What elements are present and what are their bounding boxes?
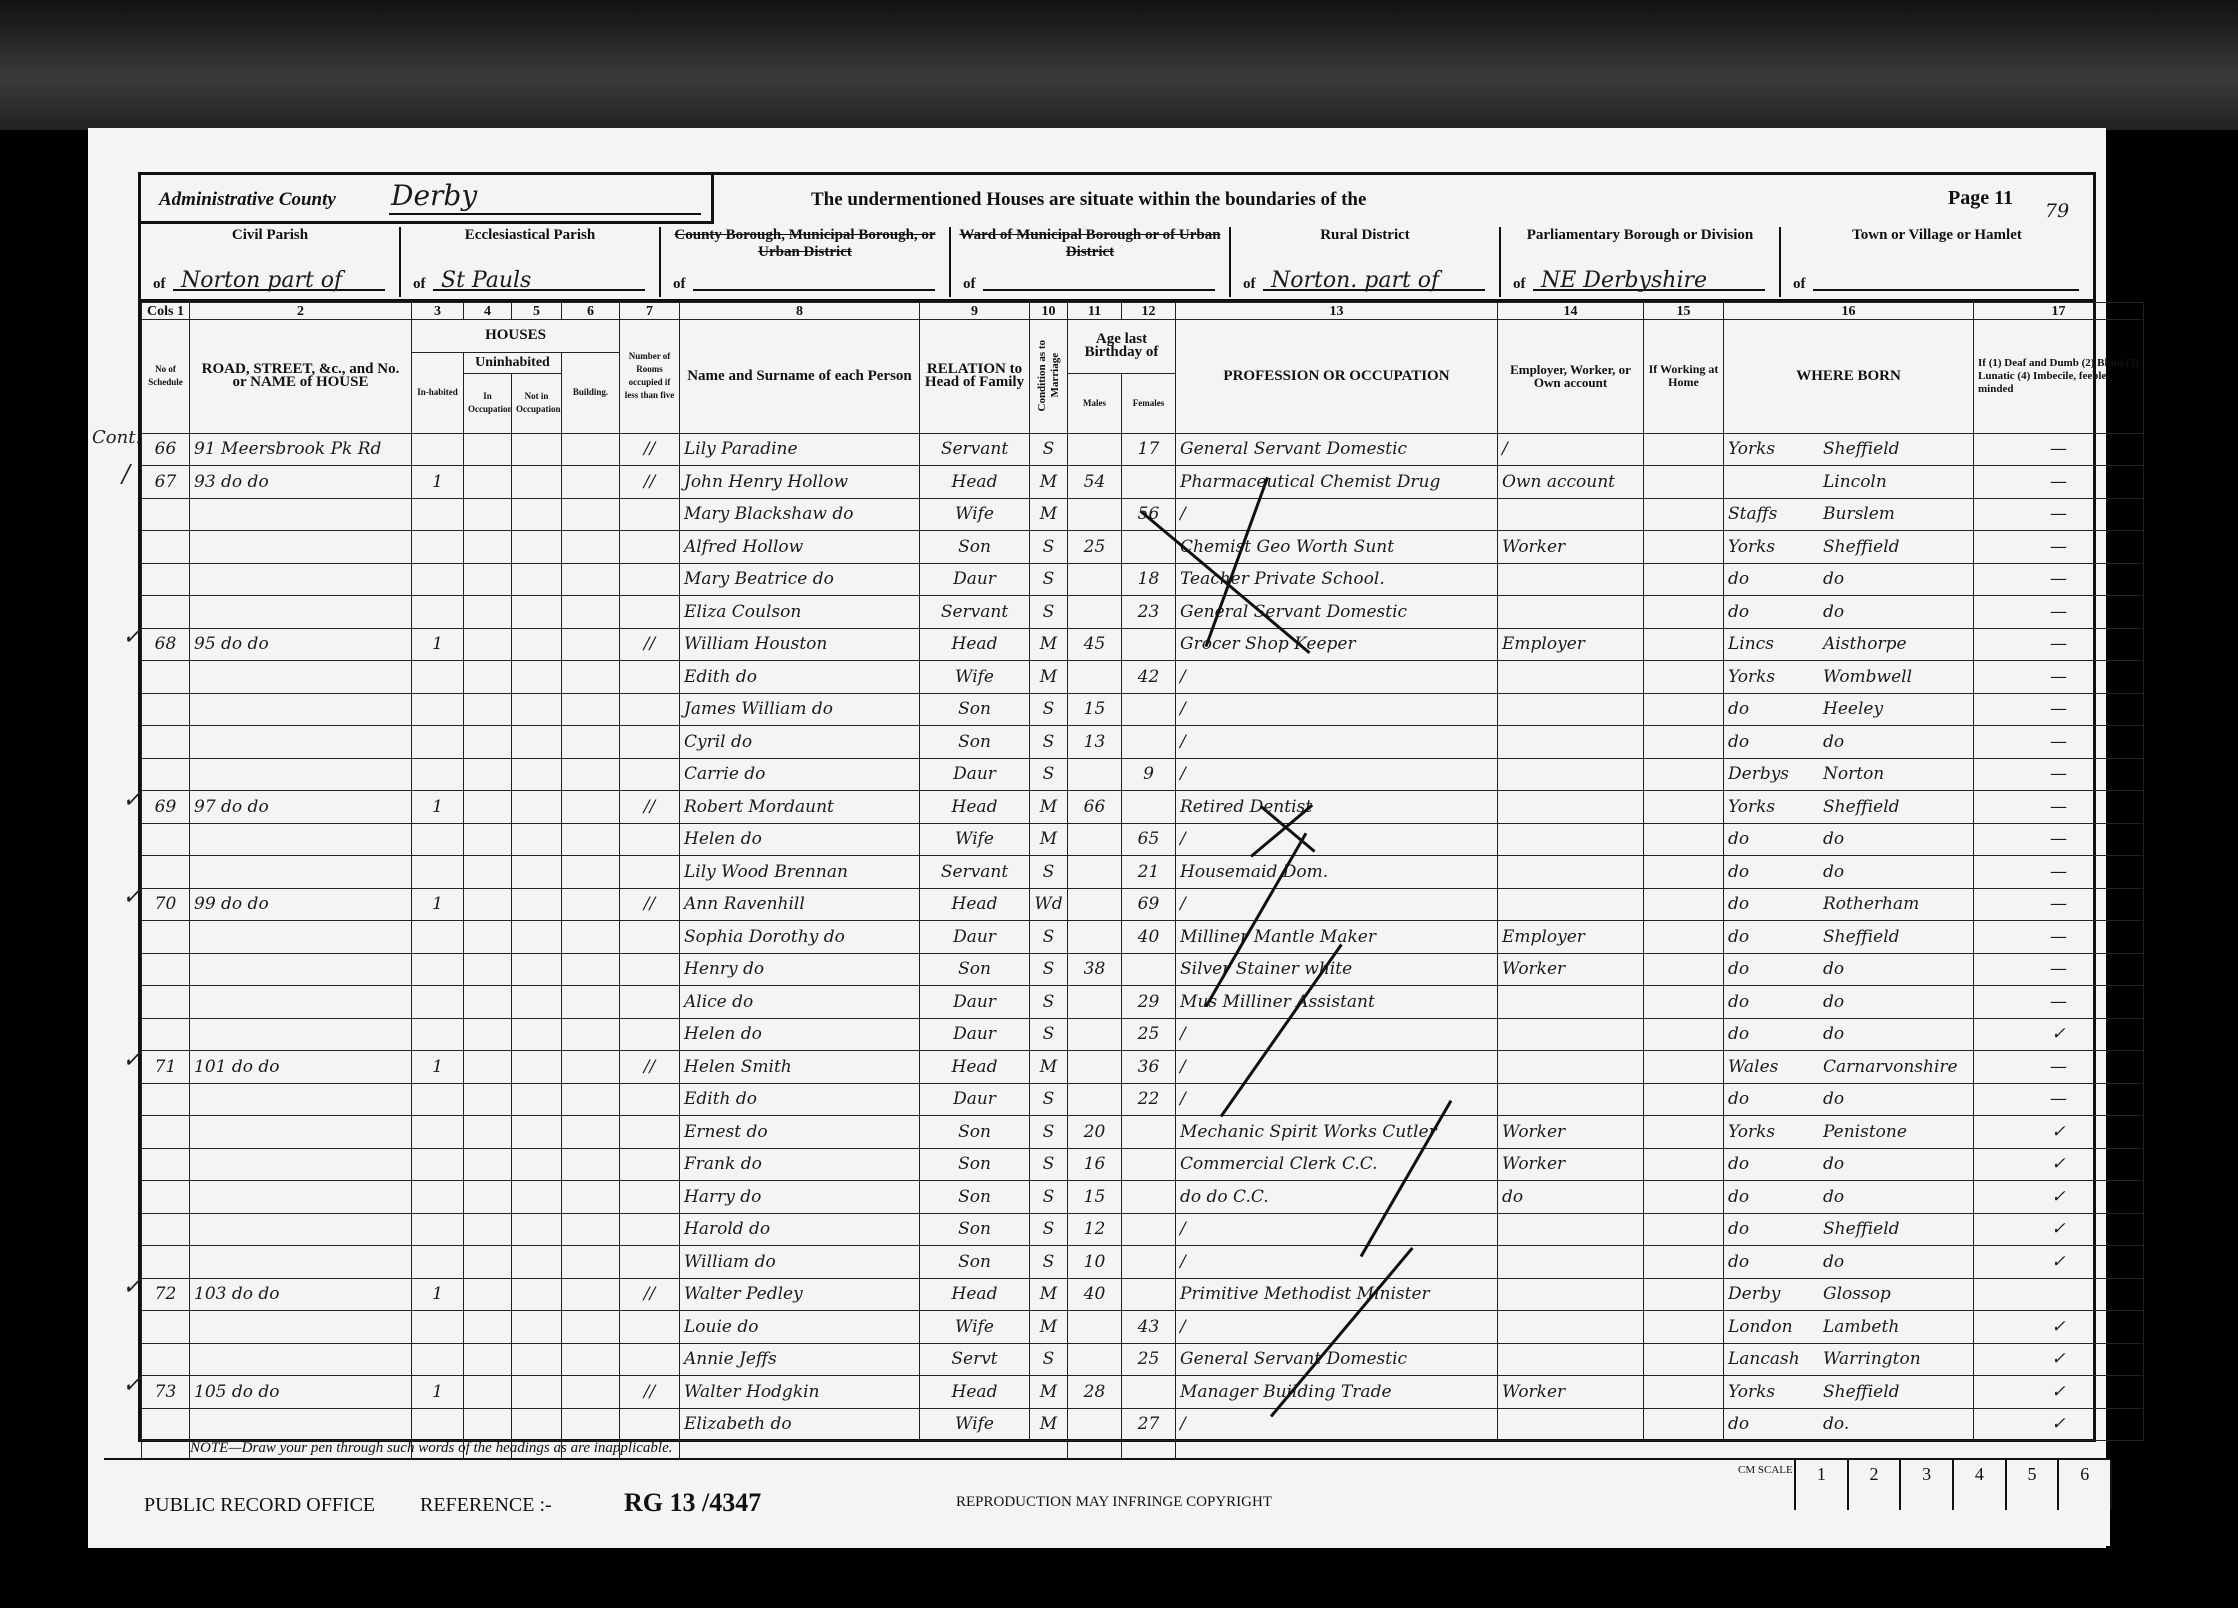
empty-cell xyxy=(562,1343,620,1376)
condition-cell: S xyxy=(1030,953,1068,986)
female-age-cell: 23 xyxy=(1122,596,1176,629)
boundary-field: Town or Village or Hamletof xyxy=(1781,227,2093,297)
infirmity-cell: ✓ xyxy=(1974,1246,2144,1279)
condition-cell: S xyxy=(1030,1018,1068,1051)
male-age-cell xyxy=(1068,986,1122,1019)
empty-cell xyxy=(562,531,620,564)
table-row: James William doSonS15/doHeeley— xyxy=(142,693,2144,726)
empty-cell xyxy=(1644,1278,1724,1311)
name-header: Name and Surname of each Person xyxy=(680,320,920,434)
empty-cell xyxy=(1644,563,1724,596)
boundary-value: Norton part of xyxy=(181,268,342,293)
table-row: Frank doSonS16Commercial Clerk C.C.Worke… xyxy=(142,1148,2144,1181)
empty-cell xyxy=(512,433,562,466)
empty-cell xyxy=(562,1213,620,1246)
rooms-cell xyxy=(620,823,680,856)
column-number: 2 xyxy=(190,303,412,320)
empty-cell xyxy=(1644,823,1724,856)
in-occupation-header: In Occupation. xyxy=(464,373,512,433)
name-cell: Robert Mordaunt xyxy=(680,791,920,824)
inhabited-cell xyxy=(412,433,464,466)
male-age-cell xyxy=(1068,1343,1122,1376)
boundary-of: of xyxy=(1793,276,1806,293)
occupation-cell: Housemaid Dom. xyxy=(1176,856,1498,889)
empty-cell xyxy=(512,986,562,1019)
relation-cell: Servant xyxy=(920,433,1030,466)
table-row: Eliza CoulsonServantS23General Servant D… xyxy=(142,596,2144,629)
relation-cell: Son xyxy=(920,953,1030,986)
address-cell xyxy=(190,823,412,856)
empty-cell xyxy=(1644,1343,1724,1376)
column-number: 3 xyxy=(412,303,464,320)
infirmity-cell: ✓ xyxy=(1974,1181,2144,1214)
column-number: 5 xyxy=(512,303,562,320)
females-header: Females xyxy=(1122,373,1176,433)
name-cell: Walter Pedley xyxy=(680,1278,920,1311)
empty-cell xyxy=(512,1116,562,1149)
empty-cell xyxy=(464,628,512,661)
empty-cell xyxy=(512,1376,562,1409)
rooms-cell: // xyxy=(620,466,680,499)
employer-cell xyxy=(1498,791,1644,824)
male-age-cell: 38 xyxy=(1068,953,1122,986)
name-cell: Louie do xyxy=(680,1311,920,1344)
male-age-cell: 28 xyxy=(1068,1376,1122,1409)
schedule-cell xyxy=(142,823,190,856)
scale-mark: 3 xyxy=(1901,1460,1954,1510)
inhabited-cell xyxy=(412,596,464,629)
empty-cell xyxy=(1644,1051,1724,1084)
inhabited-cell xyxy=(412,1246,464,1279)
rooms-cell: // xyxy=(620,628,680,661)
table-row: Sophia Dorothy doDaurS40Milliner Mantle … xyxy=(142,921,2144,954)
condition-cell: S xyxy=(1030,1116,1068,1149)
boundary-value: NE Derbyshire xyxy=(1541,268,1707,293)
empty-cell xyxy=(464,1148,512,1181)
where-born-cell: doSheffield xyxy=(1724,1213,1974,1246)
empty-cell xyxy=(512,1278,562,1311)
houses-header: HOUSES xyxy=(412,320,620,353)
address-cell xyxy=(190,856,412,889)
schedule-cell xyxy=(142,1311,190,1344)
male-age-cell xyxy=(1068,823,1122,856)
inhabited-cell xyxy=(412,1311,464,1344)
condition-cell: S xyxy=(1030,921,1068,954)
address-cell xyxy=(190,726,412,759)
census-table: Cols 1234567891011121314151617 No of Sch… xyxy=(141,302,2144,1501)
empty-cell xyxy=(1644,1018,1724,1051)
empty-cell xyxy=(512,693,562,726)
relation-cell: Daur xyxy=(920,563,1030,596)
empty-cell xyxy=(464,661,512,694)
infirmity-cell: ✓ xyxy=(1974,1148,2144,1181)
condition-cell: M xyxy=(1030,791,1068,824)
empty-cell xyxy=(1644,466,1724,499)
schedule-cell xyxy=(142,1116,190,1149)
empty-cell xyxy=(512,563,562,596)
margin-check-mark: ✓ xyxy=(122,1272,142,1300)
table-row: 6691 Meersbrook Pk Rd//Lily ParadineServ… xyxy=(142,433,2144,466)
occupation-cell: Grocer Shop Keeper xyxy=(1176,628,1498,661)
empty-cell xyxy=(464,758,512,791)
rooms-cell xyxy=(620,856,680,889)
boundary-title: Ward of Municipal Borough or of Urban Di… xyxy=(951,227,1229,261)
male-age-cell: 16 xyxy=(1068,1148,1122,1181)
employer-cell xyxy=(1498,726,1644,759)
address-cell xyxy=(190,1311,412,1344)
condition-cell: M xyxy=(1030,1376,1068,1409)
relation-cell: Servant xyxy=(920,856,1030,889)
inhabited-cell xyxy=(412,1083,464,1116)
empty-cell xyxy=(512,791,562,824)
empty-cell xyxy=(464,1116,512,1149)
condition-cell: M xyxy=(1030,498,1068,531)
empty-cell xyxy=(512,1051,562,1084)
condition-cell: S xyxy=(1030,1148,1068,1181)
table-row: 6793 do do1//John Henry HollowHeadM54Pha… xyxy=(142,466,2144,499)
address-cell: 99 do do xyxy=(190,888,412,921)
inhabited-cell xyxy=(412,856,464,889)
employer-cell xyxy=(1498,498,1644,531)
empty-cell xyxy=(464,1018,512,1051)
table-row: 6895 do do1//William HoustonHeadM45Groce… xyxy=(142,628,2144,661)
name-cell: Alice do xyxy=(680,986,920,1019)
relation-cell: Son xyxy=(920,1116,1030,1149)
address-cell: 93 do do xyxy=(190,466,412,499)
empty-cell xyxy=(512,466,562,499)
relation-cell: Son xyxy=(920,1181,1030,1214)
address-cell xyxy=(190,498,412,531)
name-cell: Walter Hodgkin xyxy=(680,1376,920,1409)
empty-cell xyxy=(464,498,512,531)
empty-cell xyxy=(464,1181,512,1214)
condition-cell: S xyxy=(1030,1343,1068,1376)
occupation-cell: / xyxy=(1176,661,1498,694)
condition-cell: S xyxy=(1030,531,1068,564)
employer-cell: Worker xyxy=(1498,1148,1644,1181)
schedule-cell xyxy=(142,1343,190,1376)
female-age-cell xyxy=(1122,628,1176,661)
female-age-cell xyxy=(1122,1246,1176,1279)
table-row: Henry doSonS38Silver Stainer whiteWorker… xyxy=(142,953,2144,986)
empty-cell xyxy=(464,1246,512,1279)
schedule-cell xyxy=(142,1083,190,1116)
uninhabited-header: Uninhabited xyxy=(464,352,562,373)
name-cell: Ann Ravenhill xyxy=(680,888,920,921)
schedule-cell: 71 xyxy=(142,1051,190,1084)
working-home-header: If Working at Home xyxy=(1644,320,1724,434)
address-cell: 97 do do xyxy=(190,791,412,824)
condition-cell: Wd xyxy=(1030,888,1068,921)
empty-cell xyxy=(562,888,620,921)
empty-cell xyxy=(512,1408,562,1441)
relation-cell: Servt xyxy=(920,1343,1030,1376)
where-born-cell: dodo xyxy=(1724,856,1974,889)
empty-cell xyxy=(464,791,512,824)
rooms-cell: // xyxy=(620,791,680,824)
name-cell: Edith do xyxy=(680,1083,920,1116)
female-age-cell xyxy=(1122,693,1176,726)
rooms-header: Number of Rooms occupied if less than fi… xyxy=(620,320,680,434)
condition-cell: M xyxy=(1030,1408,1068,1441)
rooms-cell: // xyxy=(620,1278,680,1311)
empty-cell xyxy=(464,433,512,466)
address-cell xyxy=(190,953,412,986)
empty-cell xyxy=(1644,1181,1724,1214)
rooms-cell: // xyxy=(620,1376,680,1409)
occupation-cell: / xyxy=(1176,1408,1498,1441)
infirmity-cell: — xyxy=(1974,823,2144,856)
column-headers: No of Schedule ROAD, STREET, &c., and No… xyxy=(142,320,2144,353)
relation-cell: Daur xyxy=(920,758,1030,791)
empty-cell xyxy=(1644,986,1724,1019)
female-age-cell xyxy=(1122,1213,1176,1246)
boundary-title: Rural District xyxy=(1231,227,1499,244)
empty-cell xyxy=(512,1213,562,1246)
inhabited-cell: 1 xyxy=(412,1278,464,1311)
margin-check-mark: Cont. xyxy=(92,427,141,448)
empty-cell xyxy=(562,823,620,856)
schedule-cell xyxy=(142,563,190,596)
empty-cell xyxy=(512,758,562,791)
occupation-cell: / xyxy=(1176,1246,1498,1279)
empty-cell xyxy=(1644,596,1724,629)
schedule-header: No of Schedule xyxy=(142,320,190,434)
empty-cell xyxy=(1644,661,1724,694)
reference-number: RG 13 /4347 xyxy=(624,1488,761,1518)
empty-cell xyxy=(464,1343,512,1376)
table-row: Mary Beatrice doDaurS18Teacher Private S… xyxy=(142,563,2144,596)
where-born-cell: YorksSheffield xyxy=(1724,531,1974,564)
census-form: Administrative County Derby The undermen… xyxy=(138,172,2096,1442)
address-cell xyxy=(190,596,412,629)
relation-cell: Wife xyxy=(920,1311,1030,1344)
name-cell: Ernest do xyxy=(680,1116,920,1149)
boundary-field: Ecclesiastical ParishofSt Pauls xyxy=(401,227,661,297)
empty-cell xyxy=(464,823,512,856)
address-cell xyxy=(190,693,412,726)
condition-cell: M xyxy=(1030,1278,1068,1311)
relation-cell: Head xyxy=(920,628,1030,661)
empty-cell xyxy=(562,953,620,986)
empty-cell xyxy=(464,921,512,954)
infirmity-cell: — xyxy=(1974,596,2144,629)
males-header: Males xyxy=(1068,373,1122,433)
female-age-cell xyxy=(1122,466,1176,499)
employer-cell xyxy=(1498,1278,1644,1311)
table-row: Helen doDaurS25/dodo✓ xyxy=(142,1018,2144,1051)
female-age-cell: 40 xyxy=(1122,921,1176,954)
female-age-cell xyxy=(1122,1148,1176,1181)
empty-cell xyxy=(464,1083,512,1116)
empty-cell xyxy=(562,1116,620,1149)
rooms-cell xyxy=(620,563,680,596)
female-age-cell xyxy=(1122,791,1176,824)
female-age-cell: 42 xyxy=(1122,661,1176,694)
schedule-cell xyxy=(142,1213,190,1246)
where-born-cell: LondonLambeth xyxy=(1724,1311,1974,1344)
employer-cell xyxy=(1498,1018,1644,1051)
inhabited-cell xyxy=(412,1018,464,1051)
where-born-cell: dodo xyxy=(1724,953,1974,986)
male-age-cell xyxy=(1068,1408,1122,1441)
female-age-cell: 36 xyxy=(1122,1051,1176,1084)
name-cell: Mary Blackshaw do xyxy=(680,498,920,531)
address-cell: 101 do do xyxy=(190,1051,412,1084)
employer-cell xyxy=(1498,986,1644,1019)
rooms-cell xyxy=(620,693,680,726)
relation-cell: Wife xyxy=(920,823,1030,856)
occupation-cell: Chemist Geo Worth Sunt xyxy=(1176,531,1498,564)
empty-cell xyxy=(562,628,620,661)
male-age-cell xyxy=(1068,888,1122,921)
boundary-title: Ecclesiastical Parish xyxy=(401,227,659,244)
boundary-field: Ward of Municipal Borough or of Urban Di… xyxy=(951,227,1231,297)
empty-cell xyxy=(464,1213,512,1246)
address-cell xyxy=(190,1116,412,1149)
name-cell: Cyril do xyxy=(680,726,920,759)
admin-county-label: Administrative County xyxy=(159,189,336,211)
name-cell: Harry do xyxy=(680,1181,920,1214)
page-number: Page 11 xyxy=(1948,187,2013,210)
column-number: 7 xyxy=(620,303,680,320)
where-born-cell: YorksSheffield xyxy=(1724,1376,1974,1409)
female-age-cell: 22 xyxy=(1122,1083,1176,1116)
name-cell: Annie Jeffs xyxy=(680,1343,920,1376)
rooms-cell xyxy=(620,1311,680,1344)
empty-cell xyxy=(464,531,512,564)
empty-cell xyxy=(562,1148,620,1181)
schedule-cell: 67 xyxy=(142,466,190,499)
infirmity-header: If (1) Deaf and Dumb (2) Blind (3) Lunat… xyxy=(1974,320,2144,434)
relation-cell: Wife xyxy=(920,661,1030,694)
name-cell: James William do xyxy=(680,693,920,726)
female-age-cell xyxy=(1122,1376,1176,1409)
address-cell: 91 Meersbrook Pk Rd xyxy=(190,433,412,466)
column-number: 15 xyxy=(1644,303,1724,320)
schedule-cell: 68 xyxy=(142,628,190,661)
column-number: 13 xyxy=(1176,303,1498,320)
where-born-cell: dodo xyxy=(1724,726,1974,759)
table-row: Elizabeth doWifeM27/dodo.✓ xyxy=(142,1408,2144,1441)
empty-cell xyxy=(562,758,620,791)
condition-cell: S xyxy=(1030,1083,1068,1116)
schedule-cell xyxy=(142,498,190,531)
admin-county-value: Derby xyxy=(391,179,477,212)
empty-cell xyxy=(562,498,620,531)
empty-cell xyxy=(512,628,562,661)
employer-cell xyxy=(1498,1213,1644,1246)
rooms-cell xyxy=(620,1343,680,1376)
relation-cell: Daur xyxy=(920,921,1030,954)
relation-cell: Son xyxy=(920,1148,1030,1181)
margin-check-mark: ✓ xyxy=(122,622,142,650)
condition-cell: M xyxy=(1030,1051,1068,1084)
boundary-title: Town or Village or Hamlet xyxy=(1781,227,2093,244)
employer-cell: Employer xyxy=(1498,921,1644,954)
relation-cell: Head xyxy=(920,888,1030,921)
empty-cell xyxy=(562,856,620,889)
relation-cell: Wife xyxy=(920,498,1030,531)
inhabited-cell xyxy=(412,921,464,954)
where-born-cell: YorksPenistone xyxy=(1724,1116,1974,1149)
margin-check-mark: ✓ xyxy=(122,1045,142,1073)
empty-cell xyxy=(464,1311,512,1344)
schedule-cell: 66 xyxy=(142,433,190,466)
schedule-cell xyxy=(142,1181,190,1214)
table-row: 6997 do do1//Robert MordauntHeadM66Retir… xyxy=(142,791,2144,824)
boundary-of: of xyxy=(1243,276,1256,293)
empty-cell xyxy=(1644,1376,1724,1409)
where-born-cell: LincsAisthorpe xyxy=(1724,628,1974,661)
male-age-cell xyxy=(1068,661,1122,694)
inhabited-cell xyxy=(412,1181,464,1214)
copyright-notice: REPRODUCTION MAY INFRINGE COPYRIGHT xyxy=(956,1494,1272,1511)
occupation-cell: Retired Dentist xyxy=(1176,791,1498,824)
empty-cell xyxy=(1644,1083,1724,1116)
condition-cell: M xyxy=(1030,466,1068,499)
table-row: Louie doWifeM43/LondonLambeth✓ xyxy=(142,1311,2144,1344)
road-header: ROAD, STREET, &c., and No. or NAME of HO… xyxy=(190,320,412,434)
empty-cell xyxy=(1644,726,1724,759)
empty-cell xyxy=(1644,498,1724,531)
empty-cell xyxy=(1644,1148,1724,1181)
margin-check-mark: ✓ xyxy=(122,1370,142,1398)
employer-cell: Worker xyxy=(1498,1116,1644,1149)
inhabited-cell xyxy=(412,661,464,694)
scale-mark: 5 xyxy=(2007,1460,2060,1510)
relation-cell: Head xyxy=(920,791,1030,824)
table-row: Alfred HollowSonS25Chemist Geo Worth Sun… xyxy=(142,531,2144,564)
column-number: 9 xyxy=(920,303,1030,320)
boundary-field: County Borough, Municipal Borough, or Ur… xyxy=(661,227,951,297)
column-number: 4 xyxy=(464,303,512,320)
empty-cell xyxy=(464,726,512,759)
scale-mark: 4 xyxy=(1954,1460,2007,1510)
empty-cell xyxy=(562,563,620,596)
boundary-field: Parliamentary Borough or DivisionofNE De… xyxy=(1501,227,1781,297)
schedule-cell: 70 xyxy=(142,888,190,921)
where-born-header: WHERE BORN xyxy=(1724,320,1974,434)
male-age-cell xyxy=(1068,563,1122,596)
address-cell xyxy=(190,1246,412,1279)
infirmity-cell: — xyxy=(1974,531,2144,564)
infirmity-cell: — xyxy=(1974,791,2144,824)
employer-cell: Worker xyxy=(1498,531,1644,564)
condition-cell: S xyxy=(1030,726,1068,759)
empty-cell xyxy=(512,1083,562,1116)
reference-label: REFERENCE :- xyxy=(420,1494,552,1517)
address-cell xyxy=(190,1083,412,1116)
scale-mark: 1 xyxy=(1796,1460,1849,1510)
table-row: Lily Wood BrennanServantS21Housemaid Dom… xyxy=(142,856,2144,889)
address-cell xyxy=(190,531,412,564)
male-age-cell xyxy=(1068,1311,1122,1344)
condition-cell: M xyxy=(1030,661,1068,694)
schedule-cell xyxy=(142,758,190,791)
female-age-cell: 27 xyxy=(1122,1408,1176,1441)
empty-cell xyxy=(562,1051,620,1084)
name-cell: John Henry Hollow xyxy=(680,466,920,499)
infirmity-cell: ✓ xyxy=(1974,1116,2144,1149)
schedule-cell xyxy=(142,693,190,726)
occupation-cell: / xyxy=(1176,498,1498,531)
occupation-cell: General Servant Domestic xyxy=(1176,1343,1498,1376)
name-cell: William do xyxy=(680,1246,920,1279)
empty-cell xyxy=(464,1278,512,1311)
name-cell: Edith do xyxy=(680,661,920,694)
relation-cell: Wife xyxy=(920,1408,1030,1441)
